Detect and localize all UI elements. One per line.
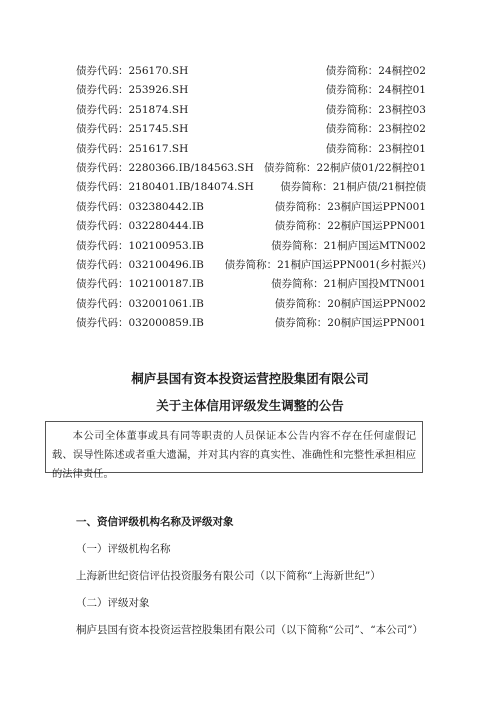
bond-code-label: 债券代码：	[76, 143, 129, 155]
bond-abbr: 债券简称：22桐庐国运PPN001	[275, 217, 426, 236]
bond-code-value: 251617.SH	[129, 143, 189, 155]
bond-code-label: 债券代码：	[76, 317, 129, 329]
bond-abbr-value: 21桐庐债/21桐控债	[333, 181, 426, 193]
bond-code: 债券代码：032001061.IB	[76, 295, 204, 314]
bond-code-value: 102100953.IB	[129, 240, 204, 252]
bond-code-value: 251874.SH	[129, 104, 189, 116]
bond-row: 债券代码：2280366.IB/184563.SH债券简称：22桐庐债01/22…	[76, 159, 426, 178]
bond-abbr-label: 债券简称：	[326, 65, 379, 77]
bond-abbr-label: 债券简称：	[225, 259, 278, 271]
bond-code-label: 债券代码：	[76, 65, 129, 77]
bond-abbr: 债券简称：24桐控01	[326, 81, 426, 100]
bond-row: 债券代码：032100496.IB债券简称：21桐庐国运PPN001(乡村振兴)	[76, 256, 426, 275]
bond-row: 债券代码：032280444.IB债券简称：22桐庐国运PPN001	[76, 217, 426, 236]
document-title-subject: 关于主体信用评级发生调整的公告	[0, 396, 500, 414]
bond-code-value: 032380442.IB	[129, 201, 204, 213]
bond-abbr: 债券简称：21桐庐债/21桐控债	[280, 178, 426, 197]
bond-abbr-value: 20桐庐国运PPN002	[327, 298, 426, 310]
subsection-heading-rating-agency: （一）评级机构名称	[76, 541, 171, 556]
bond-code: 债券代码：251874.SH	[76, 101, 188, 120]
bond-code-value: 102100187.IB	[129, 278, 204, 290]
bond-code-value: 2280366.IB/184563.SH	[129, 162, 254, 174]
bond-code-label: 债券代码：	[76, 240, 129, 252]
bond-row: 债券代码：032380442.IB债券简称：23桐庐国运PPN001	[76, 198, 426, 217]
bond-code: 债券代码：032380442.IB	[76, 198, 204, 217]
bond-code: 债券代码：253926.SH	[76, 81, 188, 100]
bond-abbr-label: 债券简称：	[275, 298, 328, 310]
bond-code: 债券代码：032000859.IB	[76, 314, 204, 333]
bond-abbr: 债券简称：23桐控02	[326, 120, 426, 139]
bond-abbr: 债券简称：21桐庐国投MTN001	[271, 275, 426, 294]
bond-abbr-value: 23桐庐国运PPN001	[327, 201, 426, 213]
bond-code-value: 032280444.IB	[129, 220, 204, 232]
bond-code-label: 债券代码：	[76, 220, 129, 232]
bond-row: 债券代码：251617.SH债券简称：23桐控01	[76, 140, 426, 159]
bond-code-label: 债券代码：	[76, 84, 129, 96]
bond-abbr-value: 21桐庐国运PPN001(乡村振兴)	[277, 259, 426, 271]
bond-abbr-value: 23桐控01	[378, 143, 426, 155]
bond-abbr-value: 22桐庐国运PPN001	[327, 220, 426, 232]
bond-row: 债券代码：032000859.IB债券简称：20桐庐国运PPN001	[76, 314, 426, 333]
bond-code: 债券代码：102100953.IB	[76, 237, 204, 256]
bond-row: 债券代码：032001061.IB债券简称：20桐庐国运PPN002	[76, 295, 426, 314]
bond-code: 债券代码：2280366.IB/184563.SH	[76, 159, 254, 178]
bond-abbr: 债券简称：20桐庐国运PPN001	[275, 314, 426, 333]
bond-code: 债券代码：032280444.IB	[76, 217, 204, 236]
bond-abbr-value: 20桐庐国运PPN001	[327, 317, 426, 329]
bond-code-value: 256170.SH	[129, 65, 189, 77]
bond-abbr-label: 债券简称：	[271, 278, 324, 290]
bond-code-value: 251745.SH	[129, 123, 189, 135]
bond-abbr-label: 债券简称：	[271, 240, 324, 252]
bond-row: 债券代码：2180401.IB/184074.SH债券简称：21桐庐债/21桐控…	[76, 178, 426, 197]
bond-list: 债券代码：256170.SH债券简称：24桐控02债券代码：253926.SH债…	[76, 62, 426, 333]
bond-abbr-label: 债券简称：	[275, 317, 328, 329]
bond-code: 债券代码：032100496.IB	[76, 256, 204, 275]
bond-abbr-label: 债券简称：	[275, 201, 328, 213]
bond-row: 债券代码：256170.SH债券简称：24桐控02	[76, 62, 426, 81]
bond-code-label: 债券代码：	[76, 104, 129, 116]
bond-abbr-value: 22桐庐债01/22桐控01	[317, 162, 426, 174]
bond-code: 债券代码：251617.SH	[76, 140, 188, 159]
bond-abbr-value: 24桐控01	[378, 84, 426, 96]
bond-abbr-value: 21桐庐国投MTN001	[324, 278, 426, 290]
bond-code-value: 032100496.IB	[129, 259, 204, 271]
bond-code-value: 2180401.IB/184074.SH	[129, 181, 254, 193]
bond-row: 债券代码：251874.SH债券简称：23桐控03	[76, 101, 426, 120]
bond-code-label: 债券代码：	[76, 201, 129, 213]
disclaimer-notice-box: 本公司全体董事或具有同等职责的人员保证本公告内容不存在任何虚假记载、误导性陈述或…	[45, 421, 423, 473]
bond-code-label: 债券代码：	[76, 278, 129, 290]
bond-abbr-label: 债券简称：	[275, 220, 328, 232]
bond-code: 债券代码：251745.SH	[76, 120, 188, 139]
bond-code-label: 债券代码：	[76, 123, 129, 135]
bond-abbr-value: 21桐庐国运MTN002	[324, 240, 426, 252]
bond-code-label: 债券代码：	[76, 162, 129, 174]
bond-abbr-label: 债券简称：	[264, 162, 317, 174]
bond-abbr: 债券简称：24桐控02	[326, 62, 426, 81]
bond-abbr-value: 23桐控03	[378, 104, 426, 116]
bond-code-value: 032000859.IB	[129, 317, 204, 329]
section-heading-1: 一、资信评级机构名称及评级对象	[76, 514, 234, 529]
bond-abbr-label: 债券简称：	[326, 104, 379, 116]
bond-abbr-label: 债券简称：	[326, 143, 379, 155]
bond-abbr: 债券简称：22桐庐债01/22桐控01	[264, 159, 426, 178]
bond-code-value: 032001061.IB	[129, 298, 204, 310]
bond-abbr: 债券简称：21桐庐国运PPN001(乡村振兴)	[225, 256, 426, 275]
bond-row: 债券代码：102100187.IB债券简称：21桐庐国投MTN001	[76, 275, 426, 294]
paragraph-rating-object-name: 桐庐县国有资本投资运营控股集团有限公司（以下简称“公司”、“本公司”）	[76, 622, 423, 637]
bond-code: 债券代码：2180401.IB/184074.SH	[76, 178, 254, 197]
bond-abbr: 债券简称：20桐庐国运PPN002	[275, 295, 426, 314]
bond-row: 债券代码：251745.SH债券简称：23桐控02	[76, 120, 426, 139]
bond-row: 债券代码：102100953.IB债券简称：21桐庐国运MTN002	[76, 237, 426, 256]
bond-abbr-label: 债券简称：	[326, 123, 379, 135]
subsection-heading-rating-object: （二）评级对象	[76, 595, 150, 610]
bond-code-label: 债券代码：	[76, 259, 129, 271]
bond-abbr-value: 24桐控02	[378, 65, 426, 77]
bond-abbr: 债券简称：23桐庐国运PPN001	[275, 198, 426, 217]
bond-abbr: 债券简称：21桐庐国运MTN002	[271, 237, 426, 256]
bond-abbr-label: 债券简称：	[326, 84, 379, 96]
bond-code: 债券代码：102100187.IB	[76, 275, 204, 294]
bond-abbr: 债券简称：23桐控01	[326, 140, 426, 159]
bond-abbr-value: 23桐控02	[378, 123, 426, 135]
bond-abbr-label: 债券简称：	[280, 181, 333, 193]
bond-code-value: 253926.SH	[129, 84, 189, 96]
bond-code-label: 债券代码：	[76, 181, 129, 193]
bond-abbr: 债券简称：23桐控03	[326, 101, 426, 120]
paragraph-rating-agency-name: 上海新世纪资信评估投资服务有限公司（以下简称“上海新世纪”）	[76, 568, 381, 583]
bond-row: 债券代码：253926.SH债券简称：24桐控01	[76, 81, 426, 100]
bond-code: 债券代码：256170.SH	[76, 62, 188, 81]
bond-code-label: 债券代码：	[76, 298, 129, 310]
document-title-company: 桐庐县国有资本投资运营控股集团有限公司	[0, 369, 500, 387]
